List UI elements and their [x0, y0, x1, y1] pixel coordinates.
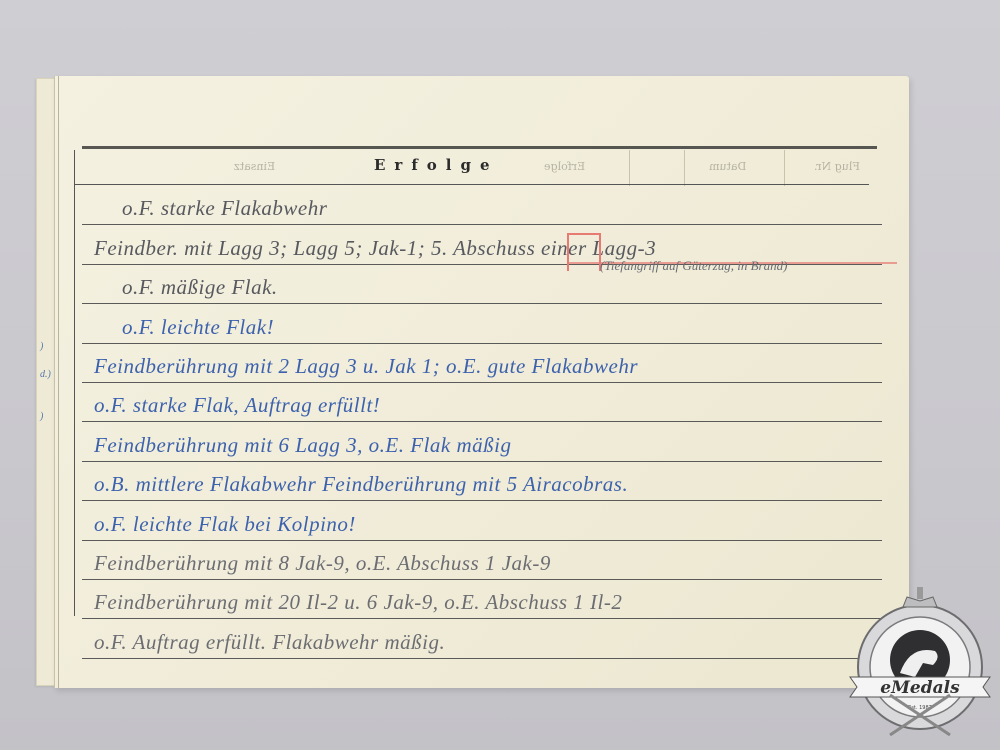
emedals-logo-icon: eMedals Est. 1987 [845, 585, 995, 745]
entry-text: o.F. Auftrag erfüllt. Flakabwehr mäßig. [94, 630, 445, 655]
margin-notes: )d.)) [40, 340, 60, 424]
entry-row: o.F. starke Flak, Auftrag erfüllt! [82, 383, 882, 422]
column-separator [684, 150, 685, 186]
faint-header-einsatz: Einsatz [234, 160, 275, 173]
entry-text: o.F. mäßige Flak. [122, 275, 278, 300]
entry-text: o.F. starke Flakabwehr [122, 196, 327, 221]
top-rule [82, 146, 877, 149]
entry-text: o.F. leichte Flak! [122, 315, 274, 340]
entry-text: o.F. leichte Flak bei Kolpino! [94, 512, 356, 537]
entry-row: Feindberührung mit 8 Jak-9, o.E. Abschus… [82, 541, 882, 580]
entry-text: o.B. mittlere Flakabwehr Feindberührung … [94, 472, 628, 497]
left-border [74, 150, 75, 616]
entry-text: Feindberührung mit 20 Il-2 u. 6 Jak-9, o… [94, 590, 622, 615]
entry-row: o.B. mittlere Flakabwehr Feindberührung … [82, 462, 882, 501]
column-separator [629, 150, 630, 186]
entry-row: Feindberührung mit 20 Il-2 u. 6 Jak-9, o… [82, 580, 882, 619]
header-rule [74, 184, 869, 185]
faint-header-flug-nr: Flug Nr. [814, 160, 860, 173]
entry-row: o.F. starke Flakabwehr [82, 186, 882, 225]
entry-row: o.F. leichte Flak bei Kolpino! [82, 501, 882, 540]
entry-row: o.F. Auftrag erfüllt. Flakabwehr mäßig. [82, 619, 882, 658]
entry-text: Feindberührung mit 8 Jak-9, o.E. Abschus… [94, 551, 551, 576]
faint-header-datum: Datum [709, 160, 746, 173]
successes-table: Einsatz Erfolge Datum Flug Nr. Erfolge o… [74, 146, 886, 616]
entry-text: Feindberührung mit 2 Lagg 3 u. Jak 1; o.… [94, 354, 638, 379]
entry-text: Feindberührung mit 6 Lagg 3, o.E. Flak m… [94, 433, 511, 458]
column-separator [784, 150, 785, 186]
faint-header-erfolge: Erfolge [544, 160, 585, 173]
red-highlight-box [567, 233, 601, 271]
entry-list: o.F. starke Flakabwehr Feindber. mit Lag… [82, 186, 882, 659]
entry-row: o.F. leichte Flak! [82, 304, 882, 343]
entry-row: Feindberührung mit 2 Lagg 3 u. Jak 1; o.… [82, 344, 882, 383]
entry-text: o.F. starke Flak, Auftrag erfüllt! [94, 393, 380, 418]
column-title: Erfolge [374, 156, 499, 174]
annotation-note: (Tiefangriff auf Güterzug, in Brand) [600, 258, 787, 274]
entry-row: Feindberührung mit 6 Lagg 3, o.E. Flak m… [82, 422, 882, 461]
